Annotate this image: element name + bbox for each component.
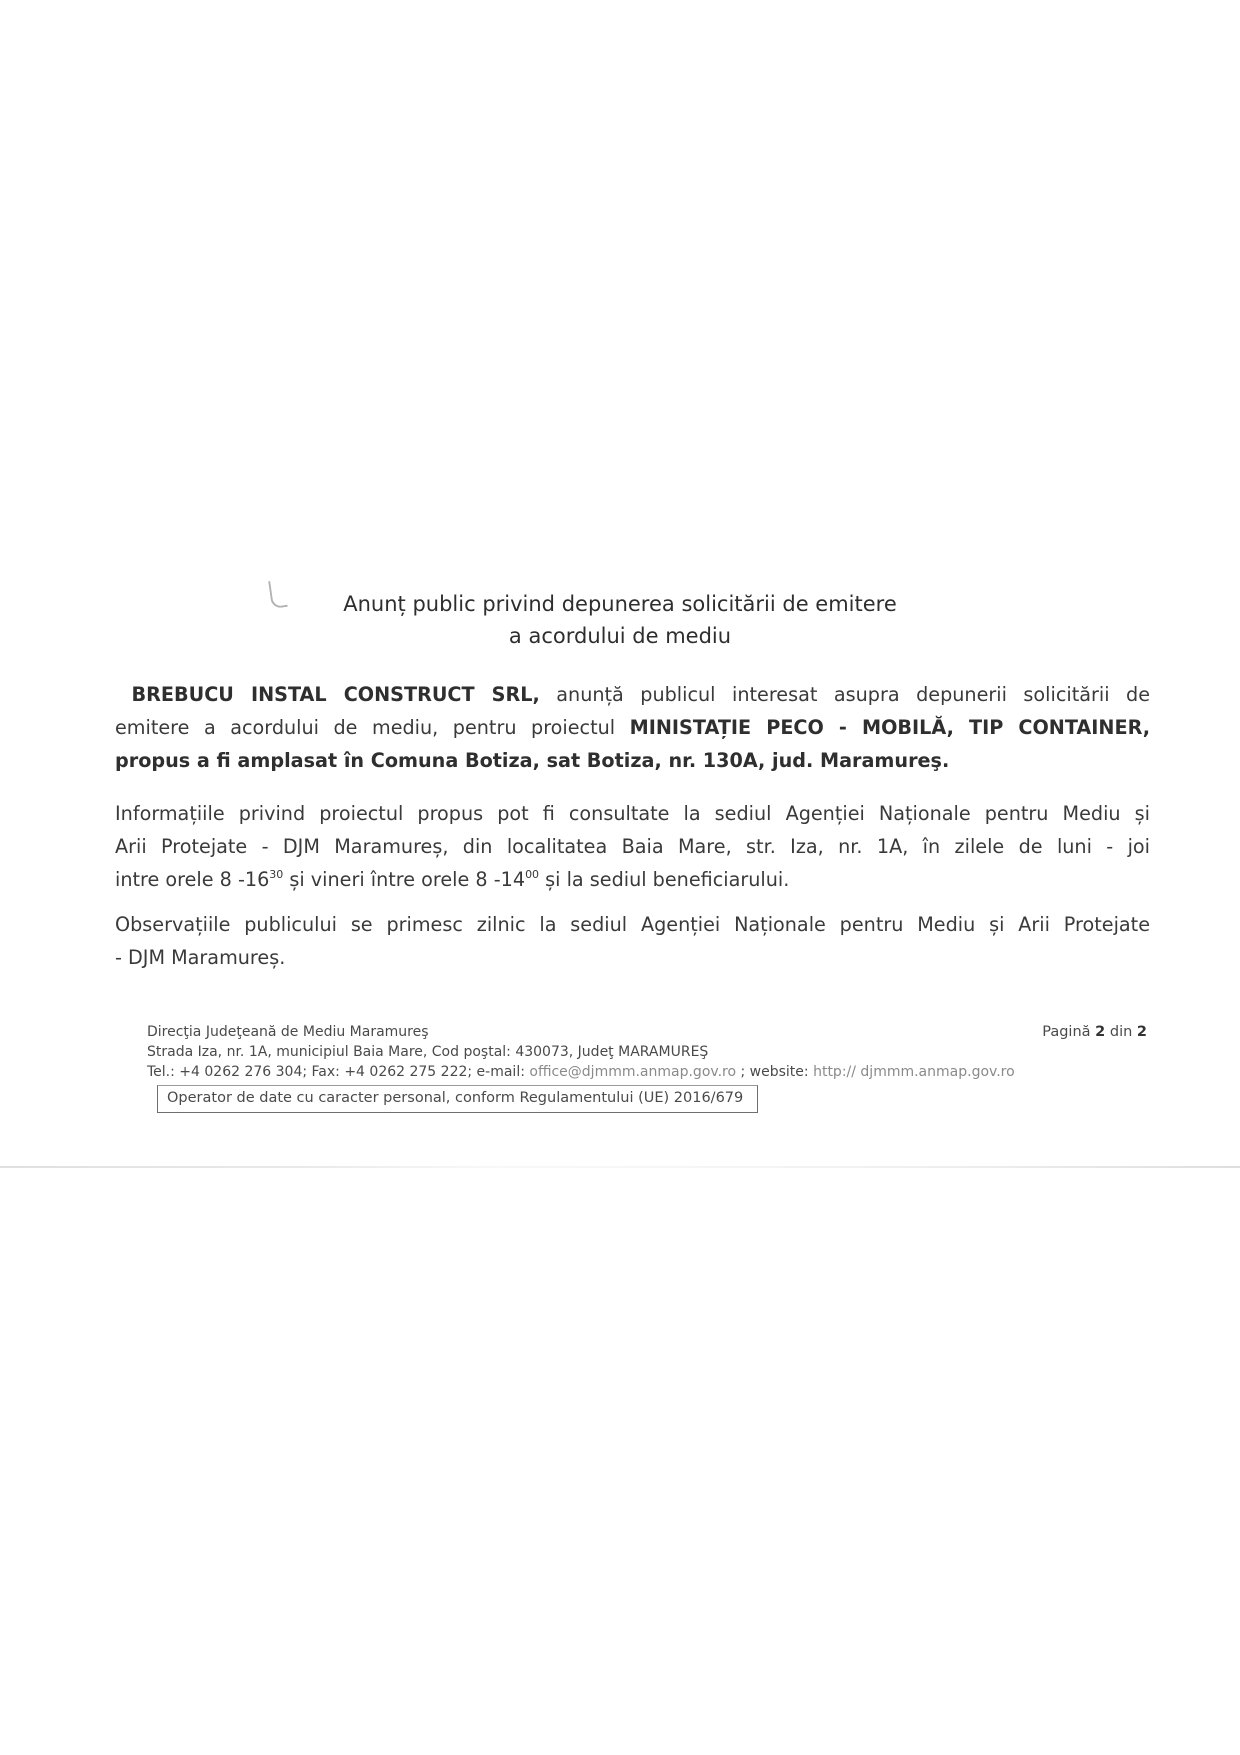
announcement-paragraph: BREBUCU INSTAL CONSTRUCT SRL, anunță pub… xyxy=(115,678,1150,777)
gdpr-notice: Operator de date cu caracter personal, c… xyxy=(157,1085,758,1113)
project-location: propus a fi amplasat în Comuna Botiza, s… xyxy=(115,749,949,772)
footer-contact: Tel.: +4 0262 276 304; Fax: +4 0262 275 … xyxy=(147,1062,1147,1082)
document-title-continued: a acordului de mediu xyxy=(300,620,940,652)
handwritten-mark-icon xyxy=(268,579,288,609)
page-number: Pagină 2 din 2 xyxy=(1042,1022,1147,1042)
paragraph-line: - DJM Maramureș. xyxy=(115,941,1150,974)
paragraph-line: Observațiile publicului se primesc zilni… xyxy=(115,908,1150,941)
document-page: Anunț public privind depunerea solicităr… xyxy=(0,0,1240,1755)
email-link[interactable]: office@djmmm.anmap.gov.ro xyxy=(529,1064,736,1080)
footer-institution: Direcţia Judeţeană de Mediu Maramureş xyxy=(147,1022,1147,1042)
paragraph-line: propus a fi amplasat în Comuna Botiza, s… xyxy=(115,744,1150,777)
scan-divider xyxy=(0,1166,1240,1168)
hours-superscript: 00 xyxy=(525,868,539,881)
hours-superscript: 30 xyxy=(269,868,283,881)
paragraph-line: emitere a acordului de mediu, pentru pro… xyxy=(115,711,1150,744)
observations-paragraph: Observațiile publicului se primesc zilni… xyxy=(115,908,1150,974)
website-link[interactable]: http:// djmmm.anmap.gov.ro xyxy=(813,1064,1015,1080)
paragraph-line: Informațiile privind proiectul propus po… xyxy=(115,797,1150,830)
document-title: Anunț public privind depunerea solicităr… xyxy=(300,588,940,620)
footer-address: Strada Iza, nr. 1A, municipiul Baia Mare… xyxy=(147,1042,1147,1062)
information-paragraph: Informațiile privind proiectul propus po… xyxy=(115,797,1150,896)
paragraph-line: BREBUCU INSTAL CONSTRUCT SRL, anunță pub… xyxy=(115,678,1150,711)
company-name: BREBUCU INSTAL CONSTRUCT SRL, xyxy=(132,683,540,706)
project-name: MINISTAȚIE PECO - MOBILĂ, TIP CONTAINER, xyxy=(630,716,1150,739)
paragraph-line: Arii Protejate - DJM Maramureș, din loca… xyxy=(115,830,1150,863)
paragraph-line: intre orele 8 -1630 și vineri între orel… xyxy=(115,863,1150,896)
document-footer: Pagină 2 din 2 Direcţia Judeţeană de Med… xyxy=(147,1022,1147,1113)
